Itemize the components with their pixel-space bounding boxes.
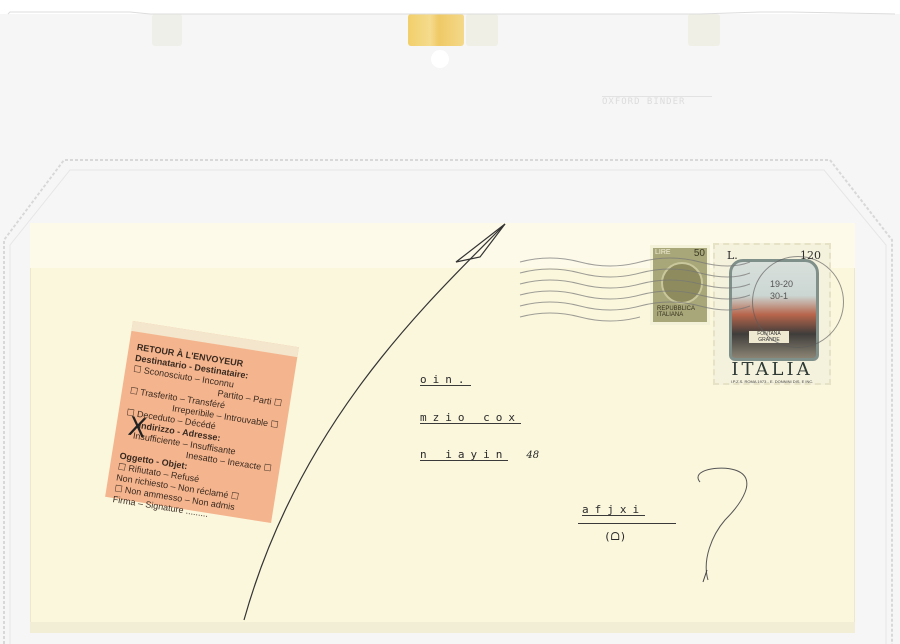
postmark-line: 19-20 — [770, 278, 793, 290]
address-line-2: mzio cox — [420, 411, 521, 424]
postmark-circle — [752, 256, 844, 348]
postmark-line: 30-1 — [770, 290, 793, 302]
sleeve-top-edge — [0, 0, 900, 14]
stamp-50-lire: LIRE 50 REPUBBLICA ITALIANA — [650, 245, 710, 325]
sleeve-tab — [466, 14, 498, 46]
return-to-sender-label: RETOUR À L'ENVOYEUR Destinatario - Desti… — [105, 321, 299, 523]
house-number: 48 — [526, 450, 539, 461]
stamp-country: ITALIA — [715, 359, 829, 380]
handwritten-x-mark: X — [127, 422, 146, 436]
sleeve-tab — [152, 14, 182, 46]
address-text: oin. — [420, 375, 471, 386]
embossed-brand-text: OXFORD BINDER — [602, 96, 712, 109]
postmark-date: 19-20 30-1 — [770, 278, 793, 302]
stamp-printer-line: I.P.Z.S. ROMA 1973 - E. DONNINI DIS. E I… — [715, 379, 829, 384]
sleeve-tab — [688, 14, 720, 46]
stamp-value: 50 — [694, 248, 705, 259]
address-line-3: n iayin48 — [420, 448, 539, 461]
address-text: afjxi — [582, 505, 645, 516]
stamp-caption: REPUBBLICA ITALIANA — [657, 306, 707, 318]
address-city: afjxi — [582, 503, 645, 516]
envelope-bottom-edge — [30, 622, 855, 633]
address-line-1: oin. — [420, 373, 471, 386]
punch-hole — [431, 50, 449, 68]
address-underline — [578, 523, 676, 524]
address-province: (ᗝ) — [604, 530, 626, 544]
stamp-currency: LIRE — [655, 249, 671, 256]
coin-portrait-icon — [661, 262, 703, 304]
address-text: mzio cox — [420, 413, 521, 424]
yellow-tape-tab — [408, 14, 464, 46]
address-text: n iayin — [420, 450, 508, 461]
